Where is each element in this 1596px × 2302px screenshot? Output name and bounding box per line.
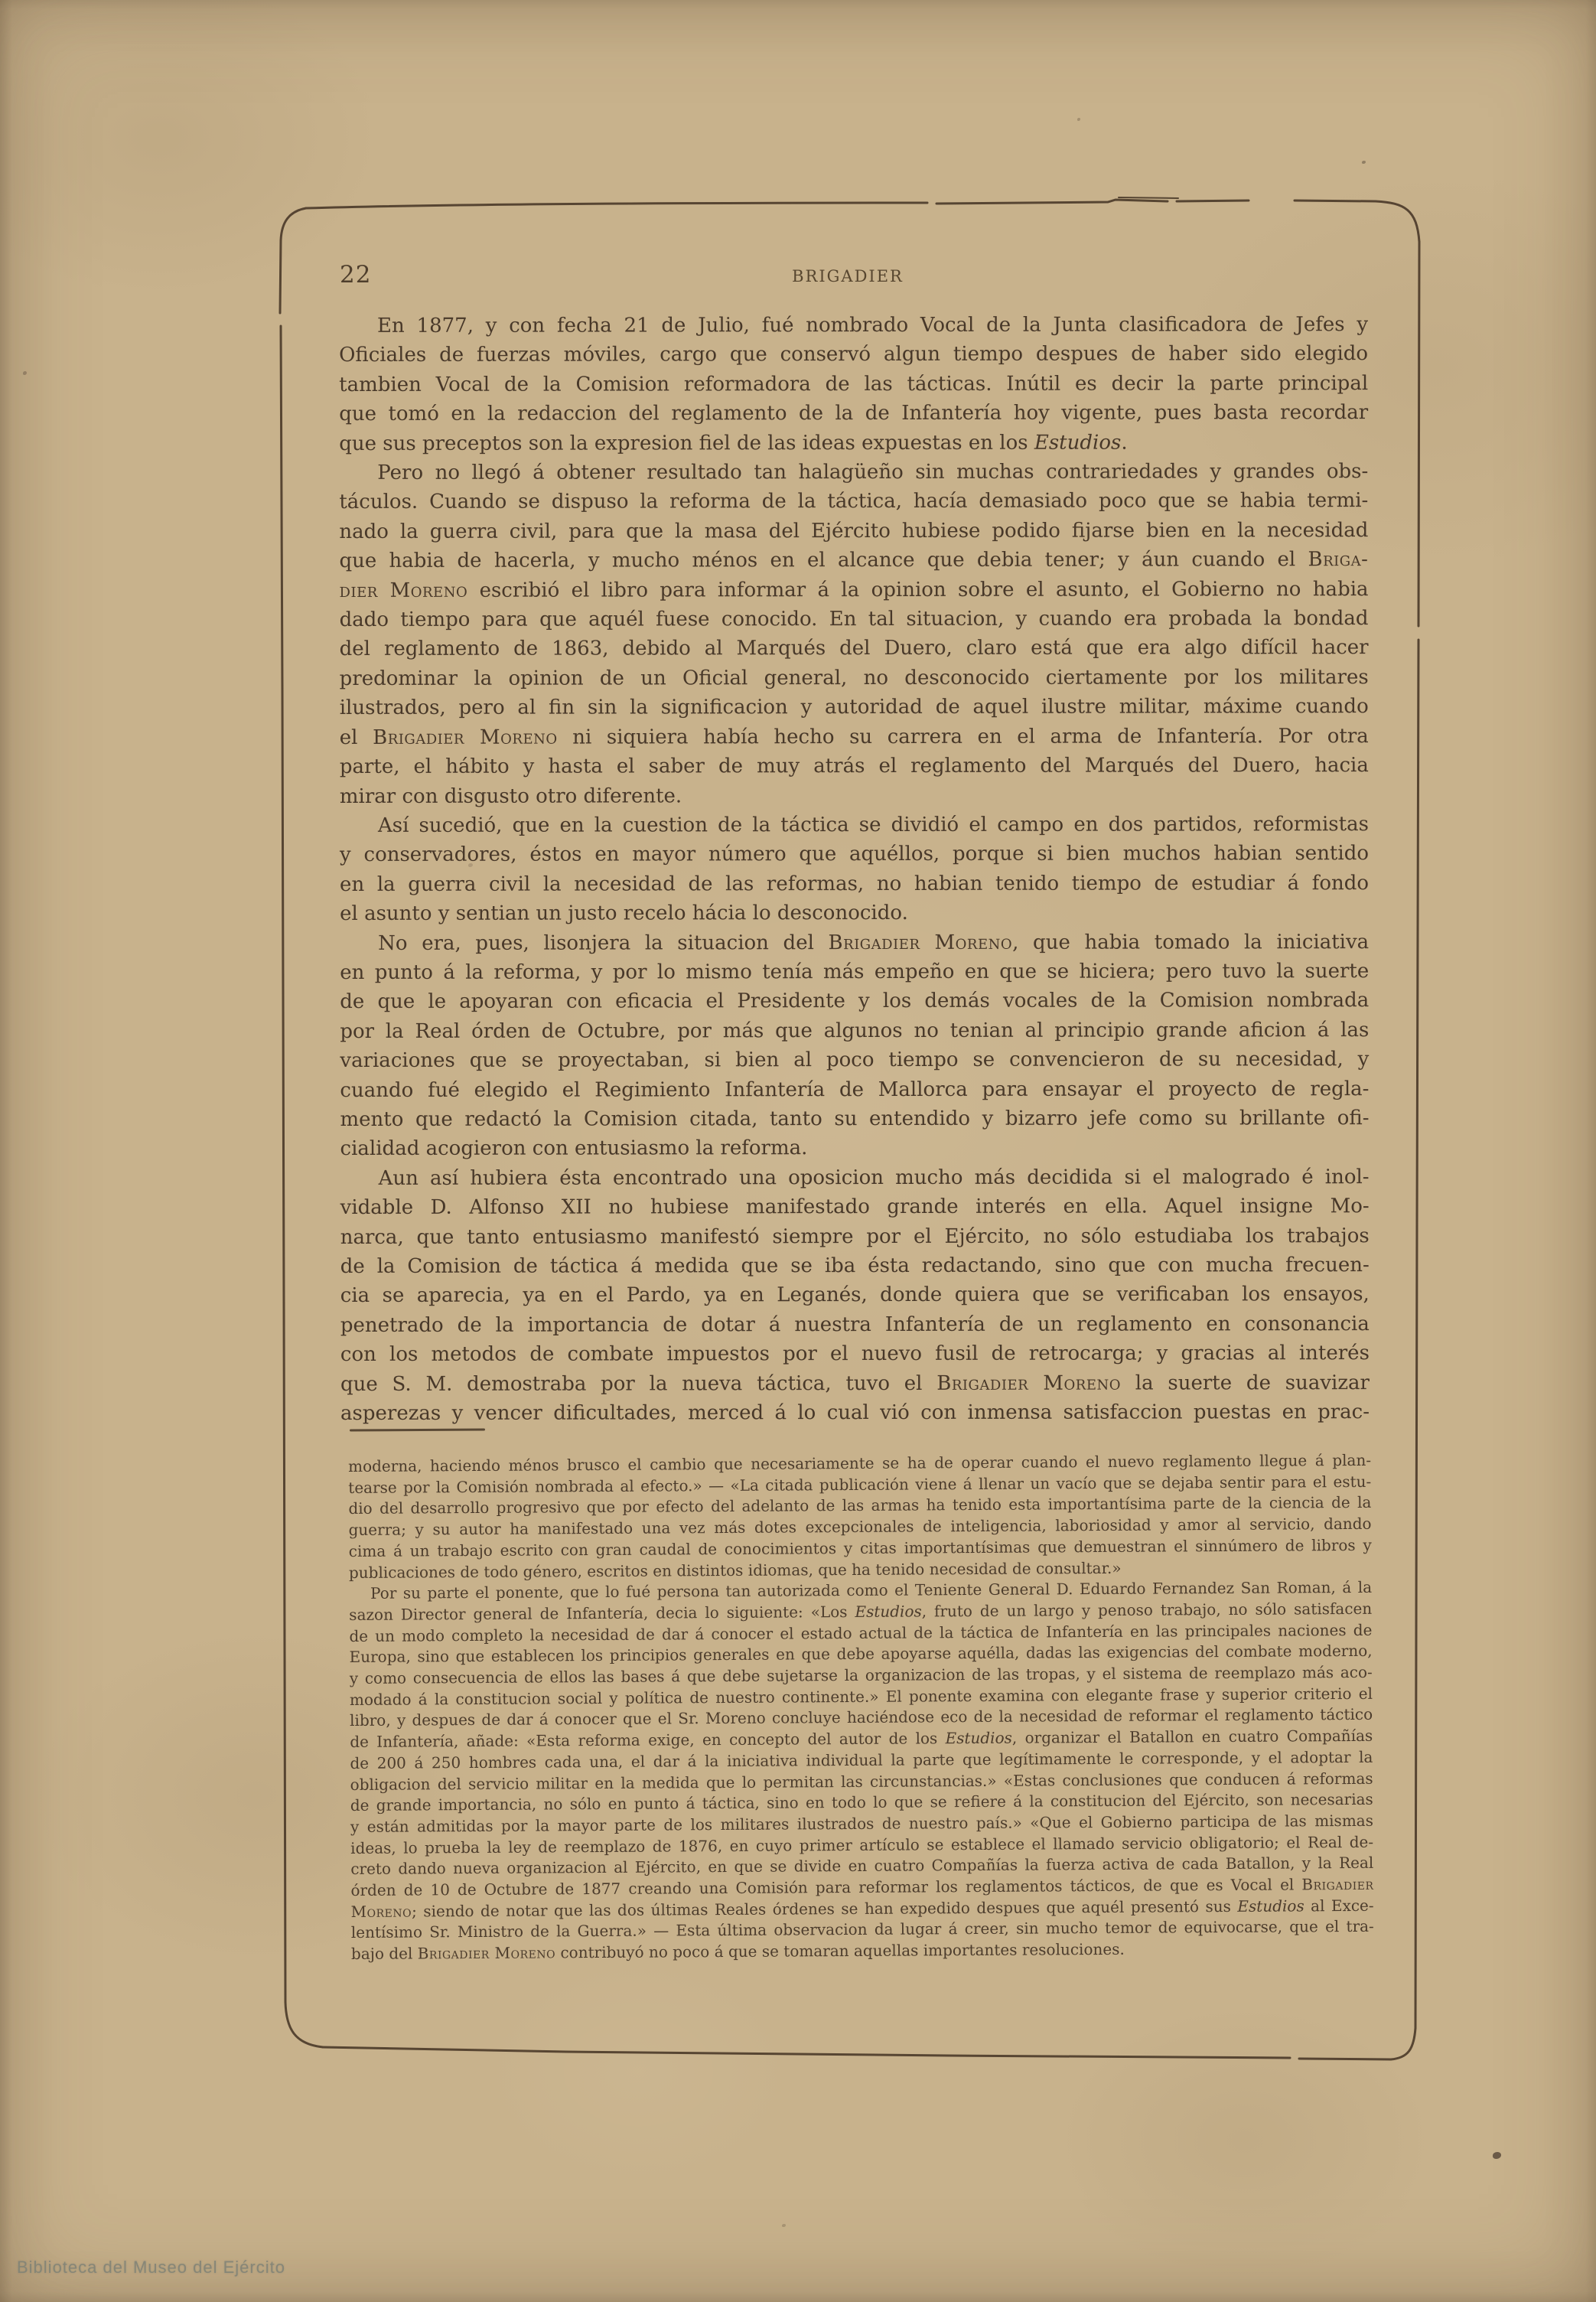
footnote-separator-rule <box>350 1429 485 1432</box>
small-caps-text: dier Moreno <box>339 579 467 602</box>
paper-speck <box>1362 161 1366 164</box>
text-line: predominar la opinion de un Oficial gene… <box>340 663 1369 693</box>
text-line: Aun así hubiera ésta encontrado una opos… <box>340 1162 1370 1193</box>
page-number: 22 <box>340 261 371 289</box>
text-line: mento que redactó la Comision citada, ta… <box>340 1104 1369 1134</box>
text-line: vidable D. Alfonso XII no hubiese manife… <box>340 1192 1370 1222</box>
running-header: BRIGADIER <box>687 267 1008 285</box>
text-line: de la Comision de táctica á medida que s… <box>340 1250 1370 1281</box>
text-line: de que le apoyaran con eficacia el Presi… <box>340 986 1369 1016</box>
text-line: por la Real órden de Octubre, por más qu… <box>340 1016 1369 1046</box>
italic-text: Estudios <box>1034 431 1122 454</box>
footnote-text: moderna, haciendo ménos brusco el cambio… <box>348 1450 1374 1965</box>
small-caps-text: Brigadier Moreno <box>373 725 558 748</box>
text-line: mirar con disgusto otro diferente. <box>340 781 1369 811</box>
small-caps-text: Briga- <box>1308 548 1368 571</box>
text-line: Oficiales de fuerzas móviles, cargo que … <box>339 340 1368 370</box>
text-line: nado la guerra civil, para que la masa d… <box>339 516 1368 546</box>
text-line: dado tiempo para que aquél fuese conocid… <box>340 604 1369 634</box>
italic-text: Estudios <box>945 1729 1011 1748</box>
paper-speck <box>782 2224 786 2227</box>
text-line: Pero no llegó á obtener resultado tan ha… <box>339 457 1368 487</box>
text-line: el asunto y sentian un justo recelo háci… <box>340 898 1369 928</box>
small-caps-text: Brigadier Moreno <box>418 1944 556 1963</box>
text-line: penetrado de la importancia de dotar á n… <box>340 1309 1370 1340</box>
text-line: Así sucedió, que en la cuestion de la tá… <box>340 810 1369 840</box>
italic-text: Estudios <box>855 1602 921 1621</box>
text-line: cialidad acogieron con entusiasmo la ref… <box>340 1133 1370 1163</box>
text-line: en punto á la reforma, y por lo mismo te… <box>340 957 1369 987</box>
body-text: En 1877, y con fecha 21 de Julio, fué no… <box>339 310 1370 1428</box>
text-line: cia se aparecia, ya en el Pardo, ya en L… <box>340 1280 1370 1311</box>
small-caps-text: Moreno <box>351 1902 412 1920</box>
italic-text: Estudios <box>1237 1896 1304 1916</box>
text-line: del reglamento de 1863, debido al Marqué… <box>340 634 1369 664</box>
paper-speck <box>1077 118 1080 121</box>
text-line: narca, que tanto entusiasmo manifestó si… <box>340 1221 1370 1252</box>
small-caps-text: Brigadier Moreno <box>936 1371 1121 1394</box>
text-line: el Brigadier Moreno ni siquiera había he… <box>340 722 1369 752</box>
text-line: No era, pues, lisonjera la situacion del… <box>340 928 1369 958</box>
small-caps-text: Brigadier <box>1301 1875 1373 1894</box>
text-line: y conservadores, éstos en mayor número q… <box>340 839 1369 869</box>
text-line: variaciones que se proyectaban, si bien … <box>340 1045 1369 1075</box>
text-line: parte, el hábito y hasta el saber de muy… <box>340 751 1369 781</box>
text-line: ilustrados, pero al fin sin la significa… <box>340 692 1369 722</box>
paper-speck <box>23 371 27 375</box>
text-line: con los metodos de combate impuestos por… <box>340 1338 1370 1369</box>
text-line: que S. M. demostraba por la nueva táctic… <box>340 1368 1370 1399</box>
text-line: en la guerra civil la necesidad de las r… <box>340 869 1369 899</box>
scanned-book-page: { "page": { "number": "22", "running_hea… <box>0 0 1596 2302</box>
paper-speck <box>1493 2152 1501 2159</box>
text-line: tambien Vocal de la Comision reformadora… <box>339 369 1368 399</box>
text-line: cuando fué elegido el Regimiento Infante… <box>340 1074 1369 1105</box>
text-line: asperezas y vencer dificultades, merced … <box>340 1397 1370 1428</box>
library-watermark: Biblioteca del Museo del Ejército <box>17 2258 285 2278</box>
text-line: En 1877, y con fecha 21 de Julio, fué no… <box>339 310 1368 341</box>
text-line: táculos. Cuando se dispuso la reforma de… <box>339 487 1368 517</box>
text-line: que tomó en la redaccion del reglamento … <box>339 398 1368 429</box>
small-caps-text: Brigadier Moreno <box>829 931 1013 954</box>
text-line: que sus preceptos son la expresion fiel … <box>339 428 1368 458</box>
text-line: dier Moreno escribió el libro para infor… <box>339 575 1368 605</box>
text-line: que habia de hacerla, y mucho ménos en e… <box>339 545 1368 575</box>
